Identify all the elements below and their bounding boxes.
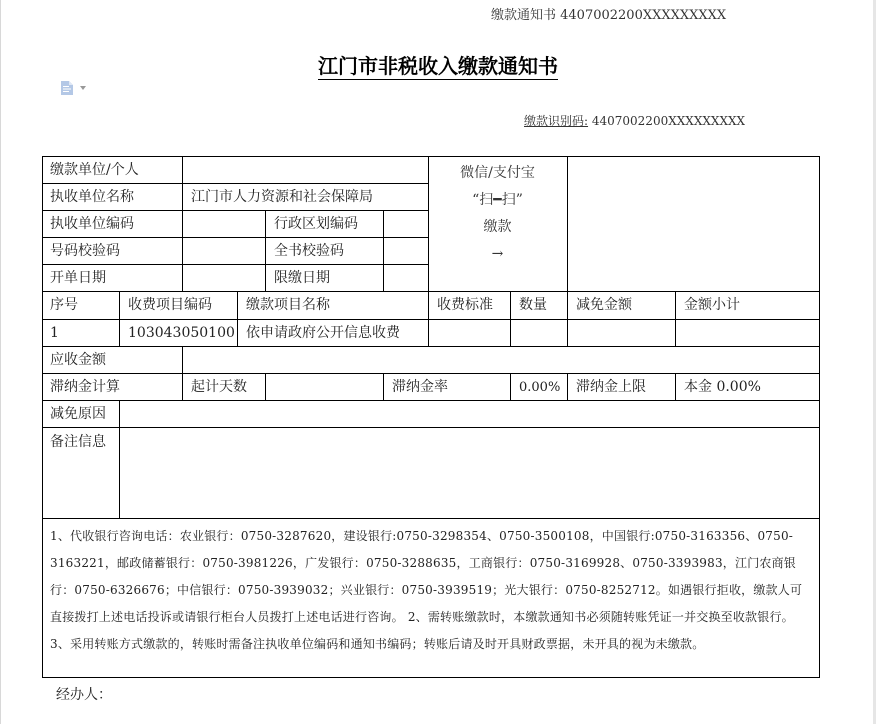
handler-label: 经办人： [56,684,112,704]
row1-item-name: 依申请政府公开信息收费 [238,320,428,347]
col-header-seq: 序号 [42,292,119,319]
due-date-label: 限缴日期 [266,265,383,292]
payment-id-line: 缴款识别码: 4407002200XXXXXXXXX [524,112,745,129]
document-title: 江门市非税收入缴款通知书 [318,54,558,80]
col-header-subtotal: 金额小计 [676,292,819,319]
reduction-reason-label: 减免原因 [42,401,119,428]
qr-line-scan: “扫━扫” [429,187,566,214]
payment-id-value: 4407002200XXXXXXXXX [588,114,745,128]
late-rate-label: 滞纳金率 [384,374,510,401]
col-header-item-code: 收费项目编码 [120,292,237,319]
late-fee-label: 滞纳金计算 [42,374,182,401]
full-check-label: 全书校验码 [266,238,383,265]
collector-code-label: 执收单位编码 [42,211,182,238]
region-code-label: 行政区划编码 [266,211,383,238]
collector-name-label: 执收单位名称 [42,184,182,211]
payment-notes: 1、代收银行咨询电话：农业银行：0750-3287620，建设银行:0750-3… [50,523,810,658]
remarks-label: 备注信息 [42,429,119,456]
late-cap-value: 本金 0.00% [676,374,819,401]
col-header-item-name: 缴款项目名称 [238,292,428,319]
qr-code-area [568,157,819,291]
check-code-label: 号码校验码 [42,238,182,265]
arrow-right-icon: → [429,241,566,268]
issue-date-label: 开单日期 [42,265,182,292]
payer-label: 缴款单位/个人 [42,157,182,184]
qr-pay-instructions: 微信/支付宝 “扫━扫” 缴款 → [429,160,566,268]
payment-id-label: 缴款识别码: [524,114,588,128]
late-rate-value: 0.00% [511,374,567,401]
row1-seq: 1 [42,320,119,347]
late-cap-label: 滞纳金上限 [568,374,675,401]
col-header-reduction: 减免金额 [568,292,675,319]
page-edge [0,0,1,724]
paste-options-button[interactable] [60,80,86,96]
start-days-label: 起计天数 [183,374,265,401]
qr-line-wechat-alipay: 微信/支付宝 [429,160,566,187]
qr-line-pay: 缴款 [429,214,566,241]
receivable-label: 应收金额 [42,347,182,374]
row1-item-code: 103043050100 [120,320,237,347]
remarks-field[interactable] [120,429,819,518]
dropdown-caret-icon [80,86,86,90]
notice-number-header: 缴款通知书 4407002200XXXXXXXXX [491,4,726,23]
collector-name-field[interactable]: 江门市人力资源和社会保障局 [183,184,428,211]
col-header-quantity: 数量 [511,292,567,319]
document-title-wrap: 江门市非税收入缴款通知书 [0,50,876,79]
document-icon [60,80,74,96]
col-header-fee-standard: 收费标准 [429,292,510,319]
